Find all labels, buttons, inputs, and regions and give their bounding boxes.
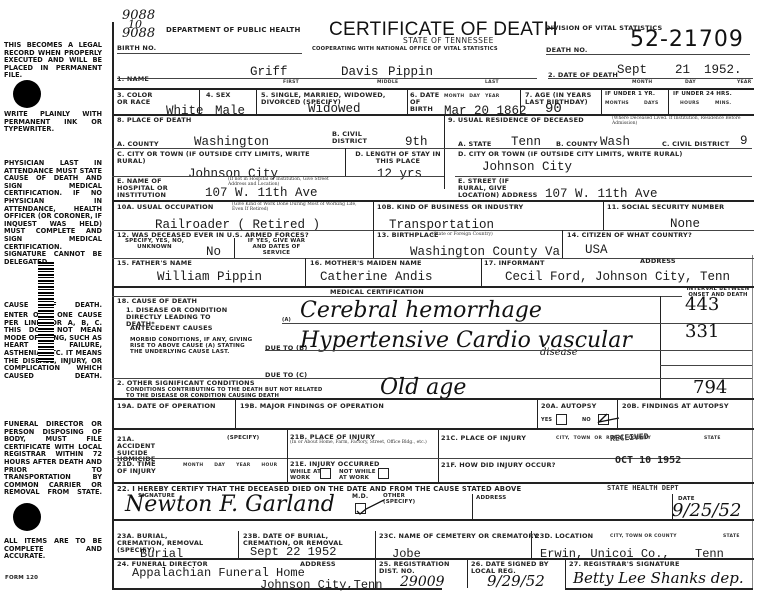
registration-district-label: 25. REGISTRATION DIST. NO. (379, 561, 454, 575)
barcode-label (38, 262, 54, 362)
form-right-border (752, 255, 753, 588)
form-left-border (112, 22, 114, 588)
not-while-at-work-checkbox[interactable] (378, 468, 389, 479)
operation-findings-label: 19B. MAJOR FINDINGS OF OPERATION (240, 403, 384, 410)
legal-record-notice: THIS BECOMES A LEGAL RECORD WHEN PROPERL… (4, 42, 102, 80)
operation-date-label: 19A. DATE OF OPERATION (117, 403, 216, 410)
ssn-value[interactable]: None (670, 217, 700, 231)
cause-a-interval[interactable]: 443 (685, 294, 719, 315)
death-civil-district[interactable]: 9th (405, 135, 428, 149)
color-label: 3. COLOR OR RACE (117, 92, 157, 106)
date-stamp: OCT 10 1952 (615, 455, 681, 466)
cause-b-value-cont[interactable]: disease (540, 347, 578, 358)
hospital-address[interactable]: 107 W. 11th Ave (205, 186, 318, 200)
residence-city[interactable]: Johnson City (482, 160, 572, 174)
cooperating-line: COOPERATING WITH NATIONAL OFFICE OF VITA… (312, 47, 498, 52)
autopsy-no-checkbox[interactable] (598, 414, 609, 425)
how-injury-label: 21F. HOW DID INJURY OCCUR? (441, 462, 556, 469)
age-label: 7. AGE (IN YEARS LAST BIRTHDAY) (525, 92, 600, 106)
middle-name[interactable]: Davis (341, 65, 379, 79)
armed-forces-value[interactable]: No (206, 245, 221, 259)
birth-no-label: BIRTH NO. (117, 45, 156, 52)
other-conditions-label: 2. OTHER SIGNIFICANT CONDITIONS (117, 380, 255, 387)
cemetery-label: 23C. NAME OF Cemetery or Crematory (379, 533, 538, 540)
md-checkbox[interactable] (355, 503, 366, 514)
residence-civil-district[interactable]: 9 (740, 134, 748, 148)
cause-a-value[interactable]: Cerebral hemorrhage (300, 298, 542, 323)
burial-date[interactable]: Sept 22 1952 (250, 545, 336, 559)
birthplace-value[interactable]: Washington County Va (410, 245, 560, 259)
file-number-3: 9088 (122, 26, 155, 41)
place-injury-c-label: 21C. PLACE OF INJURY (441, 435, 526, 442)
last-name[interactable]: Pippin (388, 65, 433, 79)
registrar-signature-label: 27. REGISTRAR'S SIGNATURE (569, 561, 680, 568)
injury-occurred-label: 21E. INJURY OCCURRED (290, 461, 380, 468)
physician-notice: PHYSICIAN LAST IN ATTENDANCE MUST STATE … (4, 160, 102, 266)
mother-label: 16. MOTHER'S MAIDEN NAME (310, 260, 422, 267)
received-stamp: RECEIVED (610, 432, 649, 443)
department-name: DEPARTMENT OF PUBLIC HEALTH (166, 27, 301, 34)
punch-hole-top (13, 80, 41, 108)
birth-date-label: 6. DATE OF BIRTH (410, 92, 440, 112)
citizen-label: 14. CITIZEN OF WHAT COUNTRY? (567, 232, 692, 239)
write-plainly-notice: WRITE PLAINLY WITH PERMANENT INK OR TYPE… (4, 111, 102, 134)
business-label: 10B. KIND OF BUSINESS OR INDUSTRY (377, 204, 523, 211)
birthplace-label: 13. BIRTHPLACE (377, 232, 439, 239)
place-of-death-label: 8. PLACE OF DEATH (117, 117, 192, 124)
sex-value[interactable]: Male (215, 104, 245, 118)
autopsy-label: 20A. AUTOPSY (541, 403, 597, 410)
death-month[interactable]: Sept (617, 63, 647, 77)
registrar-signature[interactable]: Betty Lee Shanks dep. (573, 569, 744, 587)
state-name: STATE OF TENNESSEE (403, 37, 494, 45)
other-interval[interactable]: 794 (693, 377, 727, 398)
residence-street[interactable]: 107 W. 11th Ave (545, 187, 658, 201)
registration-district[interactable]: 29009 (400, 574, 445, 590)
residence-county[interactable]: Wash (600, 135, 630, 149)
mother-value[interactable]: Catherine Andis (320, 270, 433, 284)
residence-label: 9. USUAL RESIDENCE OF DECEASED (448, 117, 584, 124)
first-name[interactable]: Griff (250, 65, 288, 79)
time-injury-label: 21D. TIME OF INJURY (117, 461, 157, 475)
death-year[interactable]: 1952. (704, 63, 742, 77)
punch-hole-bottom (13, 503, 41, 531)
checkmark-icon (597, 413, 619, 425)
autopsy-findings-label: 20B. FINDINGS AT AUTOPSY (622, 403, 729, 410)
other-conditions-value[interactable]: Old age (380, 375, 466, 400)
informant-value[interactable]: Cecil Ford, Johnson City, Tenn (505, 270, 730, 284)
informant-label: 17. INFORMANT (484, 260, 545, 267)
checkmark-icon (356, 504, 386, 516)
cause-of-death-label: 18. CAUSE OF DEATH (117, 298, 197, 305)
funeral-address[interactable]: Johnson City,Tenn (260, 578, 382, 592)
father-label: 15. FATHER'S NAME (117, 260, 192, 267)
funeral-director-notice: FUNERAL DIRECTOR OR PERSON DISPOSING OF … (4, 421, 102, 497)
sex-label: 4. SEX (206, 92, 231, 99)
ssn-label: 11. SOCIAL SECURITY NUMBER (607, 204, 724, 211)
all-items-notice: ALL ITEMS ARE TO BE COMPLETE AND ACCURAT… (4, 538, 102, 561)
citizen-value[interactable]: USA (585, 243, 608, 257)
death-no-label: DEATH NO. (546, 47, 588, 54)
date-signed[interactable]: 9/29/52 (487, 572, 545, 590)
father-value[interactable]: William Pippin (157, 270, 262, 284)
residence-state[interactable]: Tenn (511, 135, 541, 149)
physician-signature[interactable]: Newton F. Garland (125, 492, 335, 517)
death-day[interactable]: 21 (675, 63, 690, 77)
occupation-label: 10A. USUAL OCCUPATION (117, 204, 213, 211)
health-dept-stamp: STATE HEALTH DEPT (607, 484, 679, 492)
death-county[interactable]: Washington (194, 135, 269, 149)
while-at-work-checkbox[interactable] (320, 468, 331, 479)
certify-date[interactable]: 9/25/52 (672, 500, 741, 521)
autopsy-yes-checkbox[interactable] (556, 414, 567, 425)
length-of-stay[interactable]: 12 yrs (377, 167, 422, 181)
death-number: 52-21709 (630, 27, 744, 52)
medical-cert-heading: MEDICAL CERTIFICATION (330, 289, 424, 296)
form-number: FORM 120 (5, 576, 38, 582)
location-label: 23D. LOCATION (535, 533, 593, 540)
cause-b-interval[interactable]: 331 (685, 321, 719, 342)
